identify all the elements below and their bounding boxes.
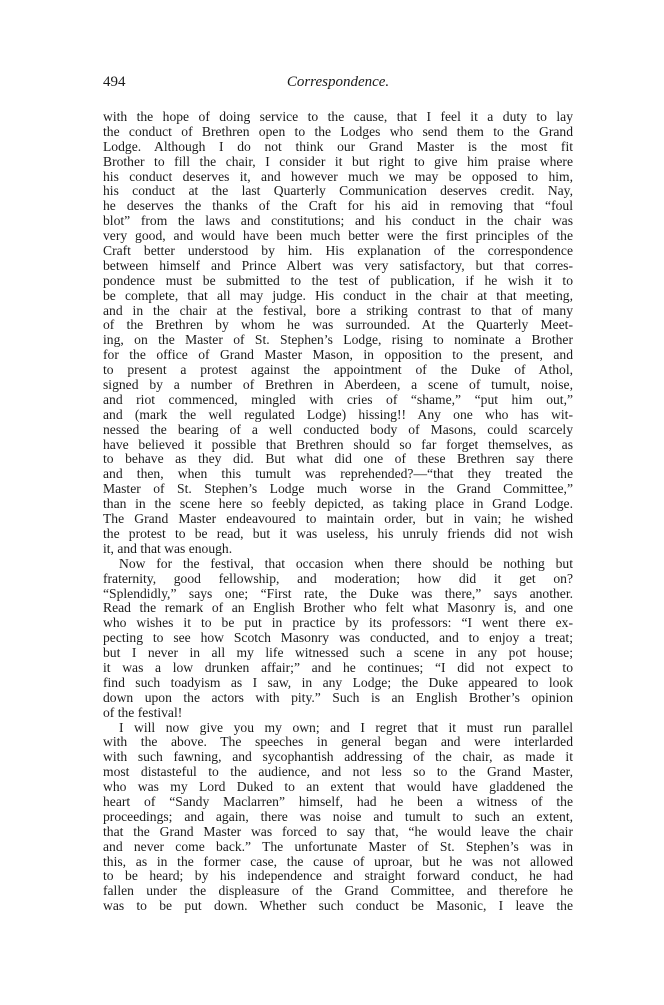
text-line: was to be put down. Whether such conduct… bbox=[103, 899, 573, 914]
text-line: he deserves the thanks of the Craft for … bbox=[103, 199, 573, 214]
text-line: the conduct of Brethren open to the Lodg… bbox=[103, 125, 573, 140]
text-line: The Grand Master endeavoured to maintain… bbox=[103, 512, 573, 527]
paragraph-start-line: I will now give you my own; and I regret… bbox=[103, 721, 573, 736]
text-line: who was my Lord Duked to an extent that … bbox=[103, 780, 573, 795]
text-line: the protest to be read, but it was usele… bbox=[103, 527, 573, 542]
text-line: “Splendidly,” says one; “First rate, the… bbox=[103, 587, 573, 602]
text-line: have believed it possible that Brethren … bbox=[103, 438, 573, 453]
text-line: his conduct deserves it, and however muc… bbox=[103, 170, 573, 185]
body-text: with the hope of doing service to the ca… bbox=[103, 110, 573, 914]
text-line: of the Brethren by whom he was surrounde… bbox=[103, 318, 573, 333]
text-line: and then, when this tumult was reprehend… bbox=[103, 467, 573, 482]
text-line: with the hope of doing service to the ca… bbox=[103, 110, 573, 125]
page-header: 494 Correspondence. bbox=[103, 74, 573, 92]
text-line: nessed the bearing of a well conducted b… bbox=[103, 423, 573, 438]
text-line: Lodge. Although I do not think our Grand… bbox=[103, 140, 573, 155]
text-line: but I never in all my life witnessed suc… bbox=[103, 646, 573, 661]
text-line: very good, and would have been much bett… bbox=[103, 229, 573, 244]
text-line: it, and that was enough. bbox=[103, 542, 573, 557]
text-line: with such fawning, and sycophantish addr… bbox=[103, 750, 573, 765]
text-line: to behave as they did. But what did one … bbox=[103, 452, 573, 467]
text-line: it was a low drunken affair;” and he con… bbox=[103, 661, 573, 676]
text-line: to present a protest against the appoint… bbox=[103, 363, 573, 378]
text-line: Brother to fill the chair, I consider it… bbox=[103, 155, 573, 170]
text-line: and never come back.” The unfortunate Ma… bbox=[103, 840, 573, 855]
text-line: and in the chair at the festival, bore a… bbox=[103, 304, 573, 319]
text-line: Craft better understood by him. His expl… bbox=[103, 244, 573, 259]
running-title: Correspondence. bbox=[103, 74, 573, 91]
text-line: most distasteful to the audience, and no… bbox=[103, 765, 573, 780]
text-line: and riot commenced, mingled with cries o… bbox=[103, 393, 573, 408]
text-line: his conduct at the last Quarterly Commun… bbox=[103, 184, 573, 199]
text-line: and (mark the well regulated Lodge) hiss… bbox=[103, 408, 573, 423]
text-line: for the office of Grand Master Mason, in… bbox=[103, 348, 573, 363]
text-line: signed by a number of Brethren in Aberde… bbox=[103, 378, 573, 393]
text-line: to be heard; by his independence and str… bbox=[103, 869, 573, 884]
paragraph-start-line: Now for the festival, that occasion when… bbox=[103, 557, 573, 572]
text-line: be complete, that all may judge. His con… bbox=[103, 289, 573, 304]
text-line: between himself and Prince Albert was ve… bbox=[103, 259, 573, 274]
text-line: than in the scene here so feebly depicte… bbox=[103, 497, 573, 512]
text-line: pondence must be submitted to the test o… bbox=[103, 274, 573, 289]
text-line: Read the remark of an English Brother wh… bbox=[103, 601, 573, 616]
text-line: blot” from the laws and constitutions; a… bbox=[103, 214, 573, 229]
text-line: who wishes it to be put in practice by i… bbox=[103, 616, 573, 631]
text-line: Master of St. Stephen’s Lodge much worse… bbox=[103, 482, 573, 497]
text-line: this, as in the former case, the cause o… bbox=[103, 855, 573, 870]
text-line: of the festival! bbox=[103, 706, 573, 721]
text-line: ing, on the Master of St. Stephen’s Lodg… bbox=[103, 333, 573, 348]
text-line: pecting to see how Scotch Masonry was co… bbox=[103, 631, 573, 646]
text-line: that the Grand Master was forced to say … bbox=[103, 825, 573, 840]
text-line: heart of “Sandy Maclarren” himself, had … bbox=[103, 795, 573, 810]
text-line: fraternity, good fellowship, and moderat… bbox=[103, 572, 573, 587]
text-line: fallen under the displeasure of the Gran… bbox=[103, 884, 573, 899]
text-line: down upon the actors with pity.” Such is… bbox=[103, 691, 573, 706]
text-line: with the above. The speeches in general … bbox=[103, 735, 573, 750]
text-line: proceedings; and again, there was noise … bbox=[103, 810, 573, 825]
text-line: find such toadyism as I saw, in any Lodg… bbox=[103, 676, 573, 691]
